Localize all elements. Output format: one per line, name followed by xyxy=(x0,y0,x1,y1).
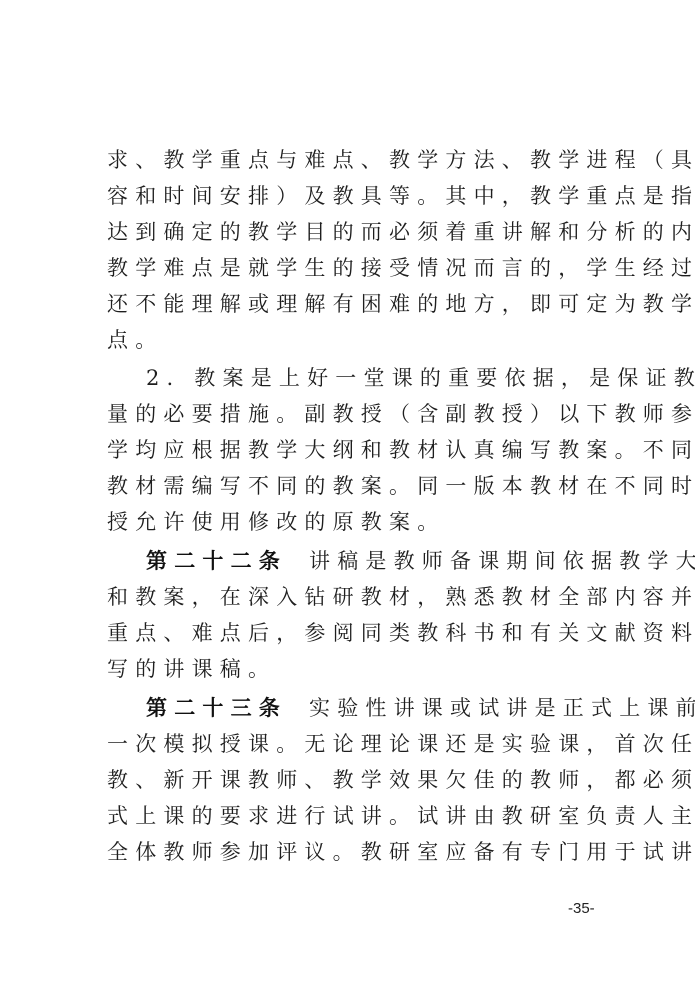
text-line: 达到确定的教学目的而必须着重讲解和分析的内容； xyxy=(107,214,597,250)
text-line: 量的必要措施。副教授（含副教授）以下教师参加教 xyxy=(107,396,597,432)
article-heading: 第二十二条 xyxy=(146,549,287,573)
text-line: 2. 教案是上好一堂课的重要依据，是保证教学质 xyxy=(146,360,597,396)
text-line: 和教案，在深入钻研教材，熟悉教材全部内容并分清 xyxy=(107,579,597,615)
article-23-first-line: 第二十三条实验性讲课或试讲是正式上课前的 xyxy=(146,690,597,726)
text-line: 求、教学重点与难点、教学方法、教学进程（具体内 xyxy=(107,142,597,178)
text-line: 写的讲课稿。 xyxy=(107,651,597,687)
article-text: 讲稿是教师备课期间依据教学大纲 xyxy=(309,549,695,573)
text-line: 容和时间安排）及教具等。其中，教学重点是指为了 xyxy=(107,178,597,214)
text-line: 授允许使用修改的原教案。 xyxy=(107,504,597,540)
text-line: 全体教师参加评议。教研室应备有专门用于试讲的记 xyxy=(107,834,597,870)
document-page: 求、教学重点与难点、教学方法、教学进程（具体内 容和时间安排）及教具等。其中，教… xyxy=(0,0,695,982)
article-text: 实验性讲课或试讲是正式上课前的 xyxy=(309,696,695,720)
text-line: 点。 xyxy=(107,322,597,358)
text-line: 教学难点是就学生的接受情况而言的，学生经过自学 xyxy=(107,250,597,286)
page-number: -35- xyxy=(568,900,595,917)
text-line: 教材需编写不同的教案。同一版本教材在不同时间讲 xyxy=(107,468,597,504)
text-line: 一次模拟授课。无论理论课还是实验课，首次任课助 xyxy=(107,726,597,762)
article-22-first-line: 第二十二条讲稿是教师备课期间依据教学大纲 xyxy=(146,543,597,579)
text-line: 式上课的要求进行试讲。试讲由教研室负责人主持， xyxy=(107,798,597,834)
article-heading: 第二十三条 xyxy=(146,696,287,720)
text-line: 学均应根据教学大纲和教材认真编写教案。不同版本 xyxy=(107,432,597,468)
text-line: 教、新开课教师、教学效果欠佳的教师，都必须按正 xyxy=(107,762,597,798)
text-line: 重点、难点后，参阅同类教科书和有关文献资料而撰 xyxy=(107,615,597,651)
text-line: 还不能理解或理解有困难的地方，即可定为教学的难 xyxy=(107,286,597,322)
